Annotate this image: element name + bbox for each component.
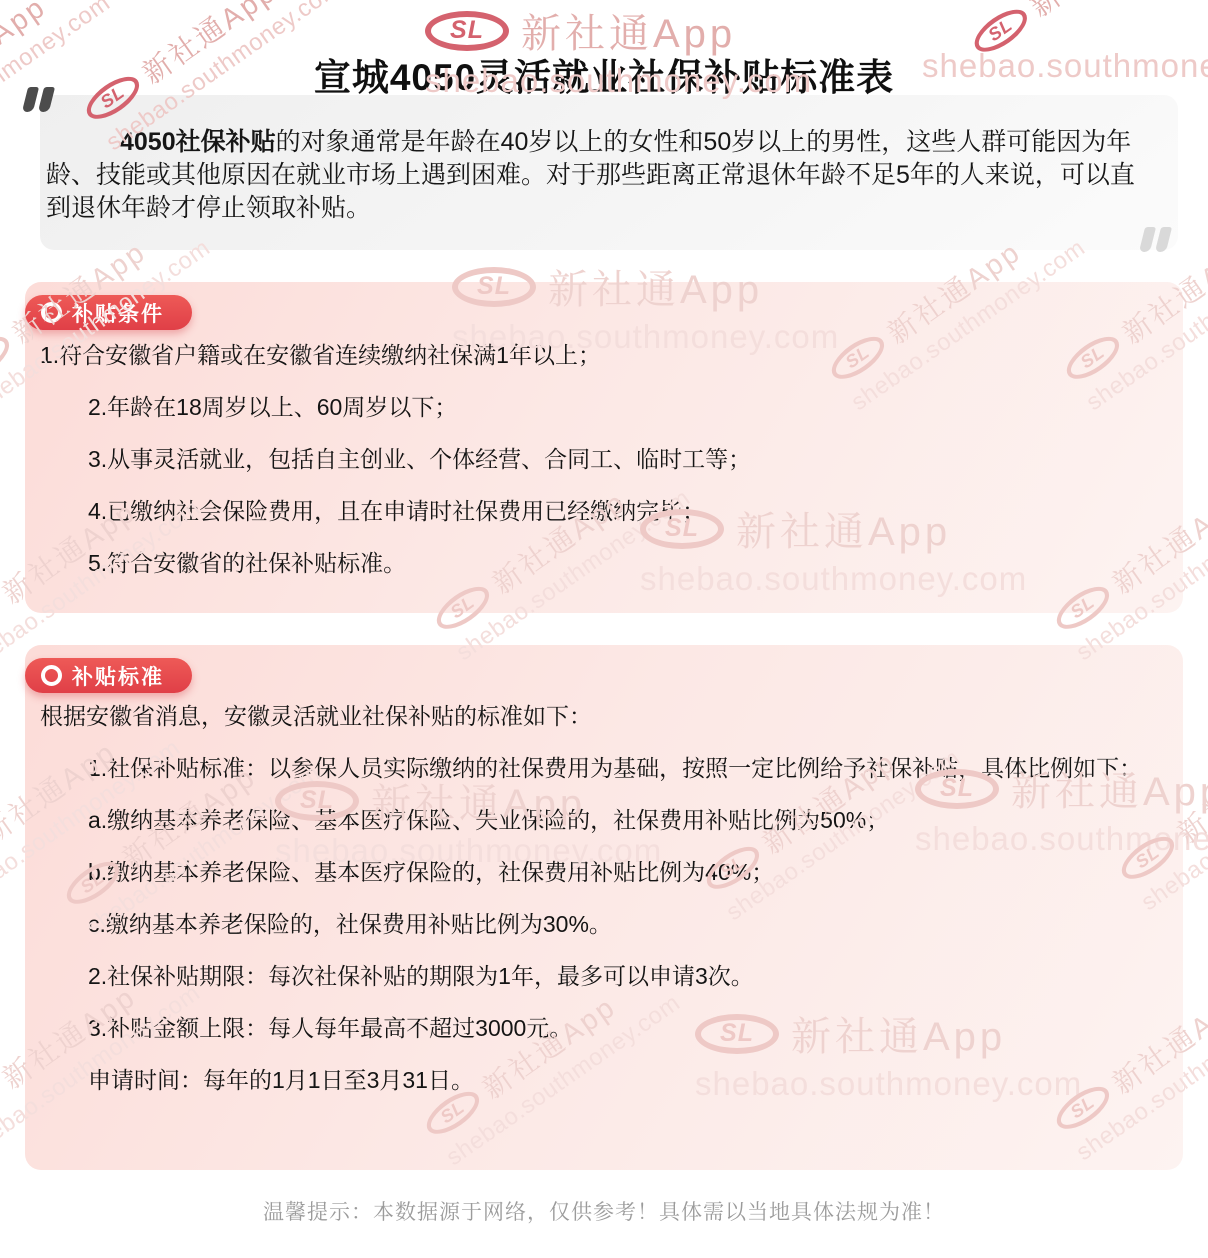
sl-logo-icon: SL (425, 11, 509, 51)
condition-item: 1.符合安徽省户籍或在安徽省连续缴纳社保满1年以上； (40, 340, 1161, 371)
sl-logo-icon: SL (0, 328, 16, 386)
sl-logo-icon: SL (0, 588, 6, 646)
conditions-badge-label: 补贴条件 (72, 298, 164, 328)
disclaimer-footer: 温馨提示：本数据源于网络，仅供参考！具体需以当地具体法规为准！ (0, 1196, 1208, 1226)
standard-item: 3.补贴金额上限：每人每年最高不超过3000元。 (40, 1013, 1161, 1044)
conditions-badge: 补贴条件 (25, 295, 192, 330)
standards-badge-label: 补贴标准 (72, 661, 164, 691)
conditions-panel: 补贴条件 1.符合安徽省户籍或在安徽省连续缴纳社保满1年以上； 2.年龄在18周… (25, 282, 1183, 613)
standard-item: 申请时间：每年的1月1日至3月31日。 (40, 1065, 1161, 1096)
article-page: { "page": { "title": "宣城4050灵活就业社保补贴标准表"… (0, 0, 1208, 1258)
condition-item: 2.年龄在18周岁以上、60周岁以下； (40, 392, 1161, 423)
ring-icon (41, 302, 62, 323)
condition-item: 4.已缴纳社会保险费用，且在申请时社保费用已经缴纳完毕； (40, 496, 1161, 527)
standard-item: 1.社保补贴标准：以参保人员实际缴纳的社保费用为基础，按照一定比例给予社保补贴，… (40, 753, 1161, 784)
standards-list: 根据安徽省消息，安徽灵活就业社保补贴的标准如下： 1.社保补贴标准：以参保人员实… (40, 701, 1161, 1117)
sl-logo-icon: SL (0, 1073, 6, 1131)
standards-lead: 根据安徽省消息，安徽灵活就业社保补贴的标准如下： (40, 701, 1161, 732)
condition-item: 3.从事灵活就业，包括自主创业、个体经营、合同工、临时工等； (40, 444, 1161, 475)
ring-icon (41, 665, 62, 686)
page-title: 宣城4050灵活就业社保补贴标准表 (0, 47, 1208, 101)
standard-item: 2.社保补贴期限：每次社保补贴的期限为1年，最多可以申请3次。 (40, 961, 1161, 992)
standards-badge: 补贴标准 (25, 658, 192, 693)
standard-item: c.缴纳基本养老保险的，社保费用补贴比例为30%。 (40, 909, 1161, 940)
condition-item: 5.符合安徽省的社保补贴标准。 (40, 548, 1161, 579)
standards-panel: 补贴标准 根据安徽省消息，安徽灵活就业社保补贴的标准如下： 1.社保补贴标准：以… (25, 645, 1183, 1170)
standard-item: a.缴纳基本养老保险、基本医疗保险、失业保险的，社保费用补贴比例为50%； (40, 805, 1161, 836)
intro-bold-term: 4050社保补贴 (120, 128, 276, 156)
intro-paragraph: 4050社保补贴的对象通常是年龄在40岁以上的女性和50岁以上的男性，这些人群可… (46, 126, 1142, 225)
conditions-list: 1.符合安徽省户籍或在安徽省连续缴纳社保满1年以上； 2.年龄在18周岁以上、6… (40, 340, 1161, 600)
close-quote-icon (1142, 227, 1169, 252)
standard-item: b.缴纳基本养老保险、基本医疗保险的，社保费用补贴比例为40%； (40, 857, 1161, 888)
